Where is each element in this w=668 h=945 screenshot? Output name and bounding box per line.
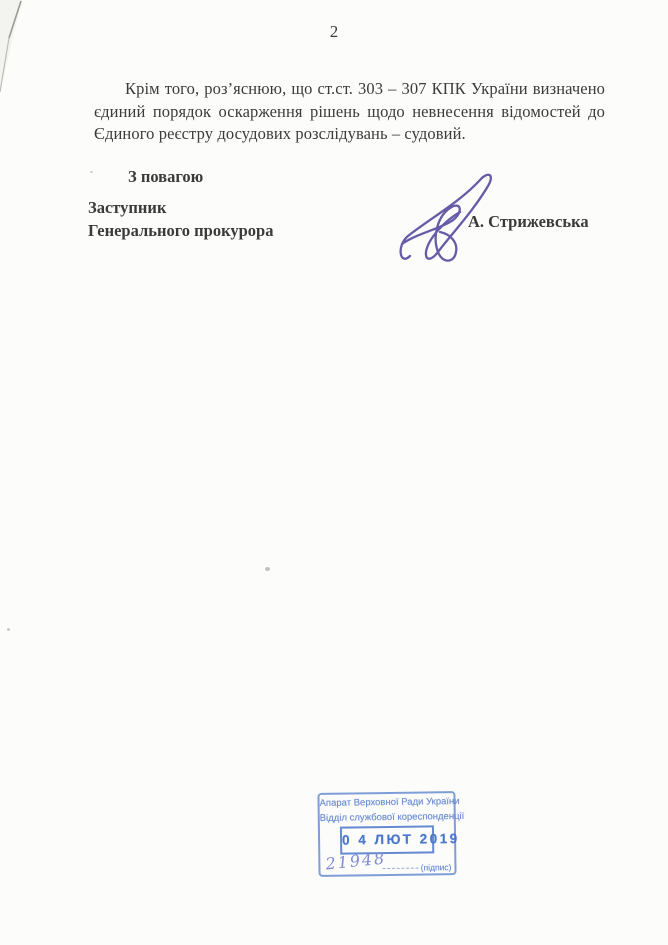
scan-speck [7,628,10,631]
stamp-org-line1: Апарат Верховної Ради України [319,796,453,809]
scanned-letter-page: 2 Крім того, роз’яснюю, що ст.ст. 303 – … [0,0,668,945]
stamp-signature-label: (підпис) [421,862,452,872]
stamp-bottom-row: 21948 (підпис) [320,853,454,877]
page-fold-artifact [0,0,70,100]
stamp-org-line2: Відділ службової кореспонденції [320,811,454,824]
scan-speck [265,567,270,571]
signer-title-line2: Генерального прокурора [88,219,273,242]
closing-salutation: З повагою [128,167,203,187]
stamp-registration-number: 21948 [325,848,388,873]
signer-title-line1: Заступник [88,196,273,219]
stamp-dotted-line [382,868,418,870]
body-paragraph: Крім того, роз’яснюю, що ст.ст. 303 – 30… [94,78,605,146]
registry-stamp: Апарат Верховної Ради України Відділ слу… [317,791,456,877]
page-number: 2 [0,22,668,42]
stamp-date: 0 4 ЛЮТ 2019 [340,825,434,854]
signer-title: Заступник Генерального прокурора [88,196,273,242]
scan-speck [90,171,93,173]
handwritten-signature [398,168,513,268]
